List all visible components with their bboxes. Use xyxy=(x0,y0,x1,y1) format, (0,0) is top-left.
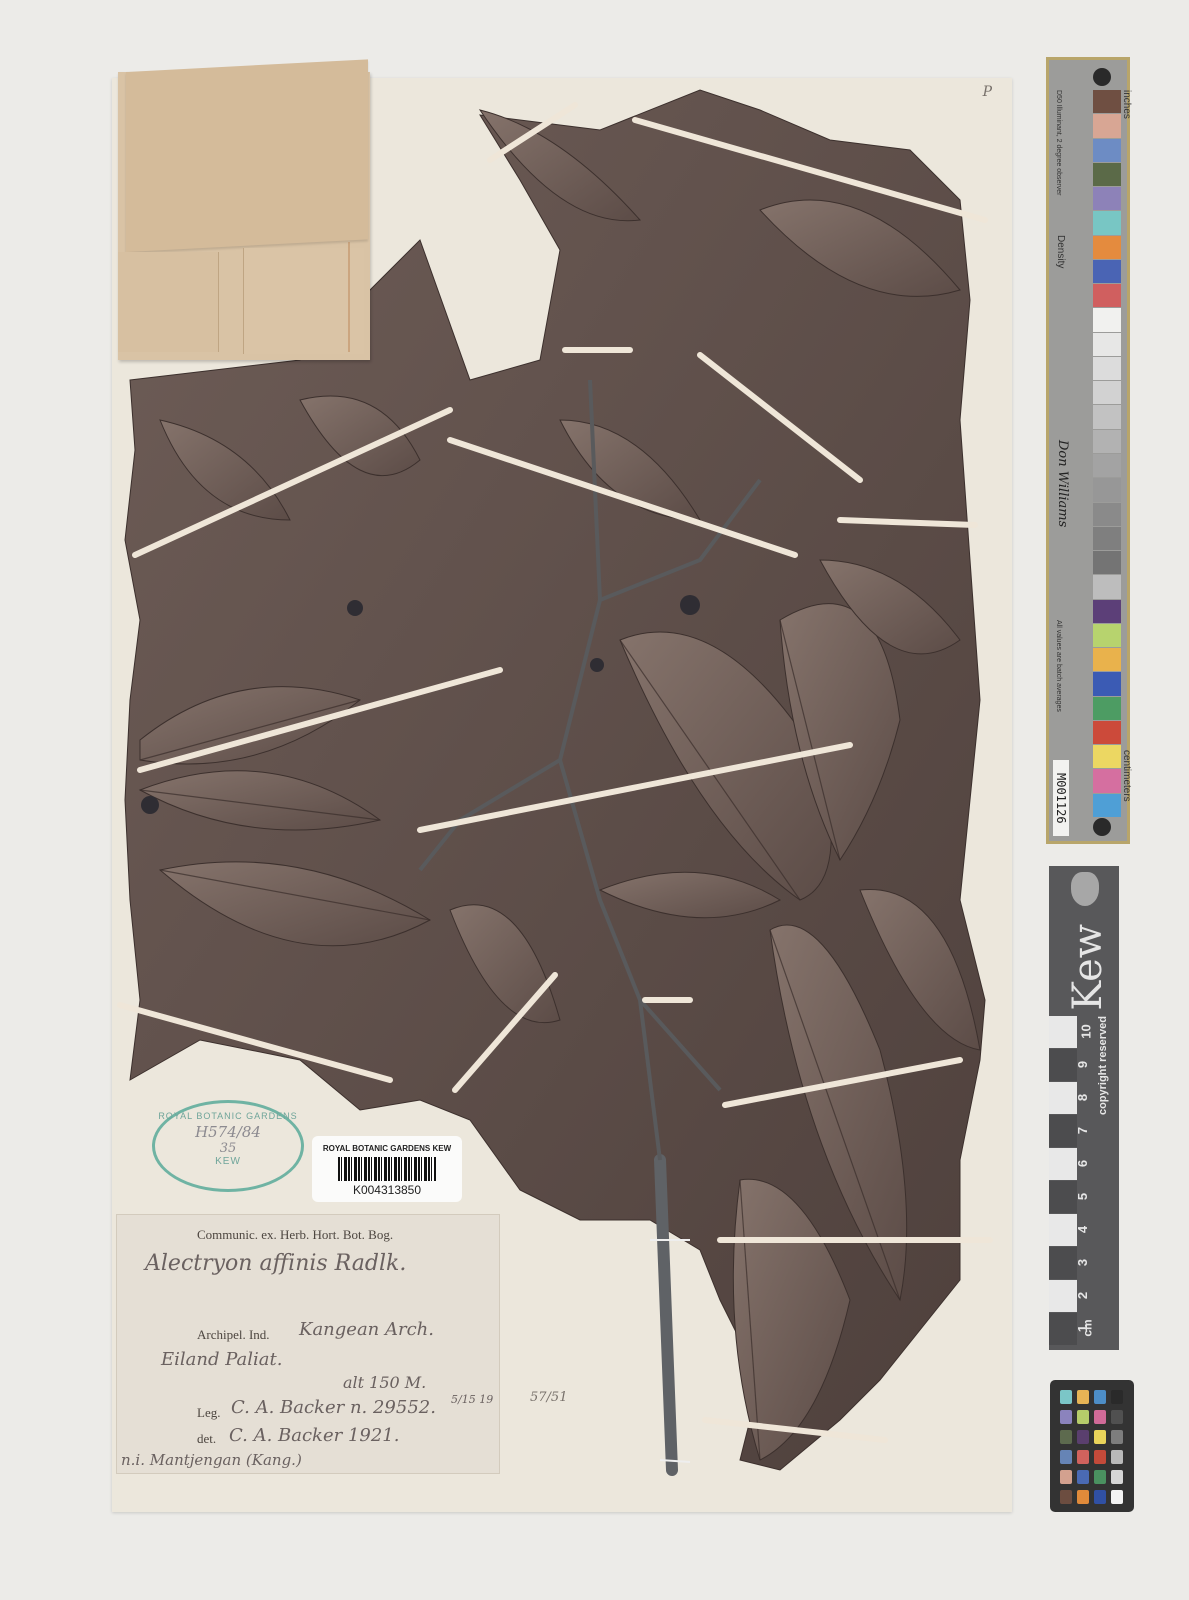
scale-number: 8 xyxy=(1075,1094,1090,1101)
strip-note: All values are batch averages xyxy=(1055,620,1062,712)
color-patch xyxy=(1093,721,1121,744)
label-determiner: C. A. Backer 1921. xyxy=(229,1425,399,1446)
stamp-sub-number: 35 xyxy=(155,1141,301,1156)
checker-swatch xyxy=(1094,1410,1106,1424)
fragment-packet[interactable] xyxy=(118,72,370,360)
specimen-label: Communic. ex. Herb. Hort. Bot. Bog. Alec… xyxy=(116,1214,500,1474)
checker-swatch xyxy=(1060,1450,1072,1464)
color-patch xyxy=(1093,139,1121,162)
label-vernacular: n.i. Mantjengan (Kang.) xyxy=(121,1451,302,1469)
color-checker xyxy=(1050,1380,1134,1512)
label-taxon: Alectryon affinis Radlk. xyxy=(145,1251,406,1276)
scale-number: 9 xyxy=(1075,1061,1090,1068)
color-patch xyxy=(1093,90,1121,113)
kew-logo: Kew xyxy=(1065,924,1111,1011)
packet-fold-right xyxy=(243,248,364,354)
checker-swatch xyxy=(1111,1430,1123,1444)
strip-inches-label: inches xyxy=(1121,90,1132,119)
scale-segment xyxy=(1049,1313,1077,1345)
checker-swatch xyxy=(1060,1390,1072,1404)
strip-dot-top-icon xyxy=(1093,68,1111,86)
checker-swatch xyxy=(1094,1390,1106,1404)
checker-swatch xyxy=(1077,1470,1089,1484)
color-patch xyxy=(1093,333,1121,356)
barcode-institution: ROYAL BOTANIC GARDENS KEW xyxy=(312,1144,462,1153)
scale-segment xyxy=(1049,1049,1077,1081)
stamp-number: H574/84 xyxy=(155,1123,301,1141)
scale-segment xyxy=(1049,1247,1077,1279)
scale-number: 2 xyxy=(1075,1292,1090,1299)
color-patch xyxy=(1093,260,1121,283)
color-patch xyxy=(1093,284,1121,307)
water-stain xyxy=(348,242,360,352)
stamp-arc-text: ROYAL BOTANIC GARDENS xyxy=(155,1111,301,1121)
checker-swatch xyxy=(1111,1410,1123,1424)
color-patch xyxy=(1093,769,1121,792)
color-patch xyxy=(1093,672,1121,695)
herbarium-stamp: ROYAL BOTANIC GARDENS H574/84 35 KEW xyxy=(152,1100,304,1192)
color-patch xyxy=(1093,551,1121,574)
scale-number: 4 xyxy=(1075,1226,1090,1233)
strip-brand: Don Williams xyxy=(1055,440,1070,527)
scale-number: 5 xyxy=(1075,1193,1090,1200)
strip-density-label: Density xyxy=(1055,235,1066,268)
scale-segment xyxy=(1049,1181,1077,1213)
scale-segment xyxy=(1049,1148,1077,1180)
label-altitude: alt 150 M. xyxy=(343,1373,426,1392)
checker-swatch xyxy=(1111,1450,1123,1464)
checker-swatch xyxy=(1111,1390,1123,1404)
checker-swatch xyxy=(1094,1490,1106,1504)
strip-dot-bottom-icon xyxy=(1093,818,1111,836)
color-patch xyxy=(1093,745,1121,768)
checker-swatch xyxy=(1094,1430,1106,1444)
barcode-number: K004313850 xyxy=(312,1183,462,1197)
color-patch xyxy=(1093,114,1121,137)
color-patch xyxy=(1093,697,1121,720)
checker-swatch xyxy=(1077,1450,1089,1464)
checker-swatch xyxy=(1094,1450,1106,1464)
strip-centimeters-label: centimeters xyxy=(1121,750,1132,802)
kew-scale-unit: cm xyxy=(1081,1319,1095,1336)
checker-swatch xyxy=(1060,1430,1072,1444)
color-patch xyxy=(1093,478,1121,501)
color-patch xyxy=(1093,600,1121,623)
kew-copyright: copyright reserved xyxy=(1097,1016,1109,1115)
checker-swatch xyxy=(1077,1430,1089,1444)
checker-swatch xyxy=(1077,1490,1089,1504)
strip-illuminant-text: D50 Illuminant, 2 degree observer xyxy=(1055,90,1062,195)
color-calibration-strip: inches centimeters D50 Illuminant, 2 deg… xyxy=(1046,57,1130,844)
packet-fold-left xyxy=(118,252,219,352)
scale-number: 10 xyxy=(1079,1024,1094,1038)
color-patch xyxy=(1093,527,1121,550)
label-locality-prefix: Archipel. Ind. xyxy=(197,1327,270,1343)
label-locality-1: Kangean Arch. xyxy=(299,1319,434,1340)
color-patch xyxy=(1093,236,1121,259)
color-patch xyxy=(1093,357,1121,380)
barcode-label: ROYAL BOTANIC GARDENS KEW K004313850 xyxy=(312,1136,462,1202)
color-patch xyxy=(1093,430,1121,453)
scale-number: 7 xyxy=(1075,1127,1090,1134)
color-patch xyxy=(1093,308,1121,331)
label-collection-date: 5/15 19 xyxy=(451,1393,493,1406)
color-patch xyxy=(1093,405,1121,428)
checker-swatch xyxy=(1060,1470,1072,1484)
label-determiner-prefix: det. xyxy=(197,1431,216,1447)
color-patch xyxy=(1093,211,1121,234)
color-patch xyxy=(1093,794,1121,817)
label-header: Communic. ex. Herb. Hort. Bot. Bog. xyxy=(197,1227,393,1243)
scale-number: 6 xyxy=(1075,1160,1090,1167)
color-patch xyxy=(1093,163,1121,186)
kew-scale-ticks: 12345678910 xyxy=(1049,1006,1077,1346)
color-patch xyxy=(1093,575,1121,598)
scale-segment xyxy=(1049,1214,1077,1246)
color-patch xyxy=(1093,454,1121,477)
color-patch xyxy=(1093,503,1121,526)
color-patch xyxy=(1093,381,1121,404)
scale-number: 3 xyxy=(1075,1259,1090,1266)
color-patch xyxy=(1093,648,1121,671)
strip-id: M001126 xyxy=(1053,760,1069,836)
color-patch xyxy=(1093,187,1121,210)
scale-segment xyxy=(1049,1280,1077,1312)
label-collector-prefix: Leg. xyxy=(197,1405,220,1421)
checker-swatch xyxy=(1094,1470,1106,1484)
scale-segment xyxy=(1049,1016,1077,1048)
checker-swatch xyxy=(1111,1470,1123,1484)
stamp-place: KEW xyxy=(155,1156,301,1167)
color-patch xyxy=(1093,624,1121,647)
checker-swatch xyxy=(1060,1410,1072,1424)
checker-swatch xyxy=(1060,1490,1072,1504)
scale-segment xyxy=(1049,1082,1077,1114)
kew-scale-bar: Kew 12345678910 copyright reserved cm xyxy=(1049,866,1119,1350)
scale-segment xyxy=(1049,1115,1077,1147)
kew-crest-icon xyxy=(1071,872,1099,906)
label-collector: C. A. Backer n. 29552. xyxy=(231,1397,436,1418)
checker-swatch xyxy=(1077,1410,1089,1424)
packet-flap xyxy=(126,59,368,252)
margin-annotation: 57/51 xyxy=(530,1390,567,1405)
barcode-icon xyxy=(338,1157,436,1181)
label-locality-2: Eiland Paliat. xyxy=(161,1349,282,1370)
checker-swatch xyxy=(1077,1390,1089,1404)
checker-swatch xyxy=(1111,1490,1123,1504)
